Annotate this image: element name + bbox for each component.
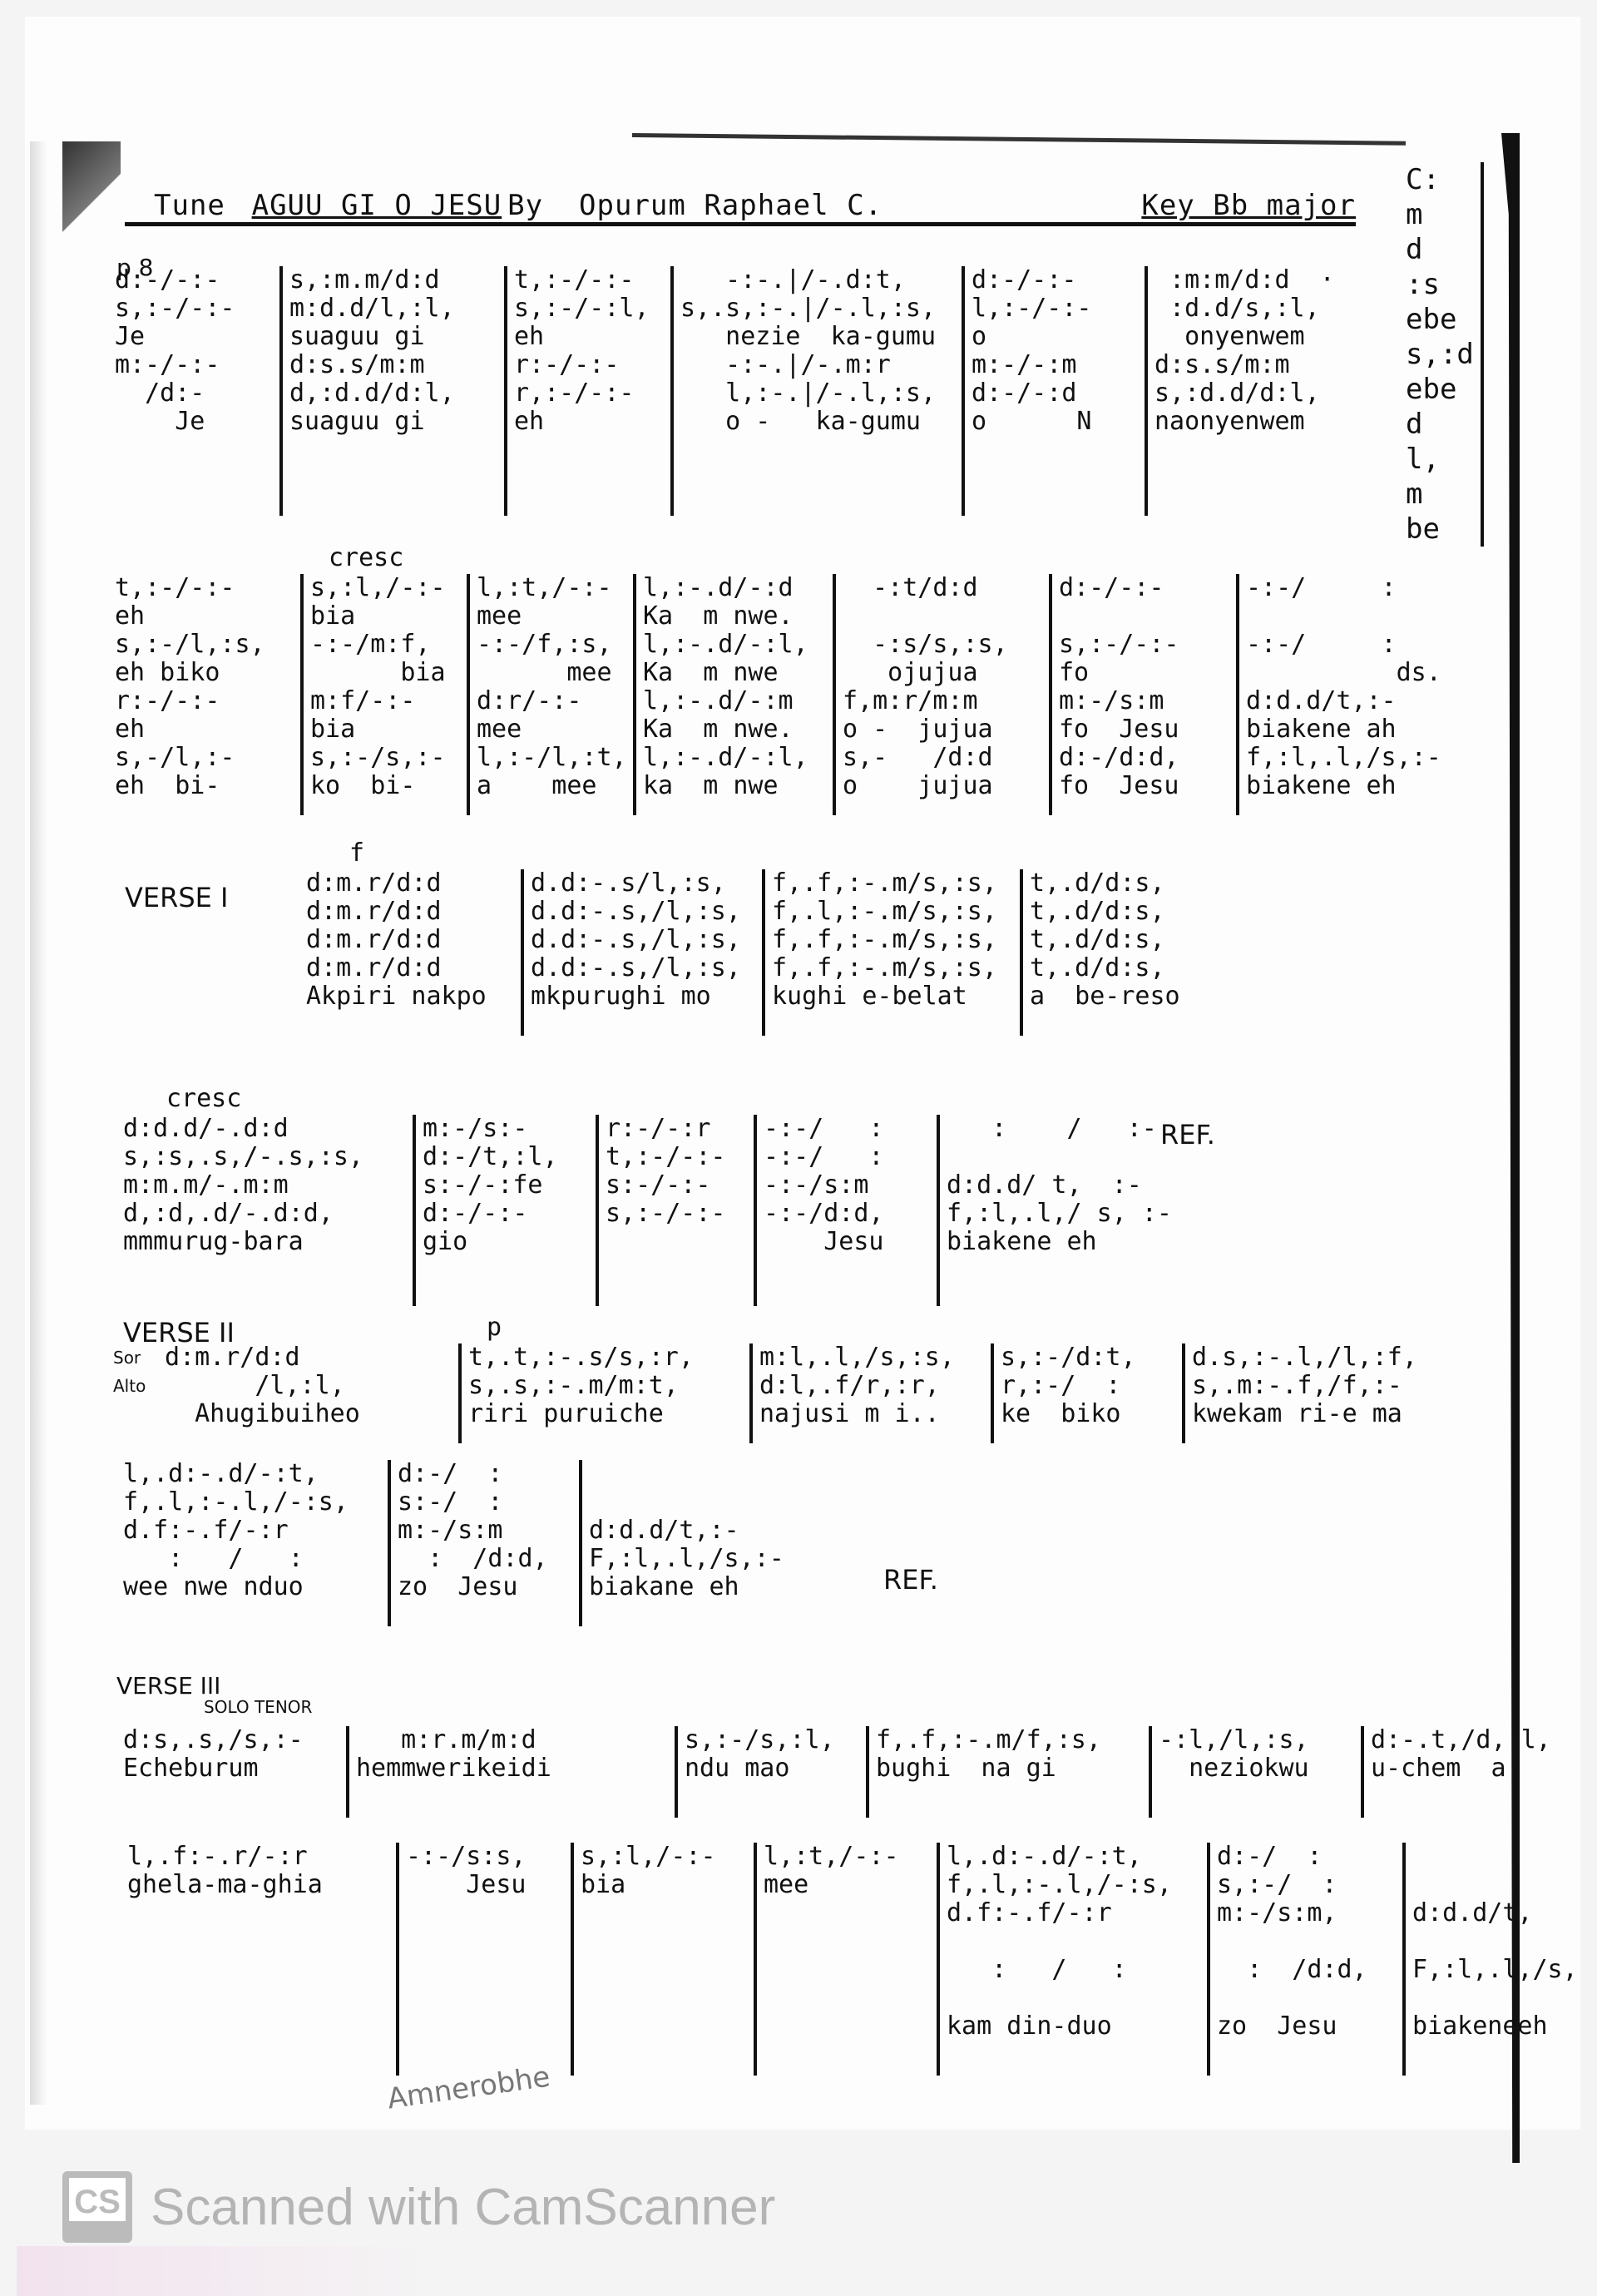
notation-line: l,:-/l,:t, <box>477 744 626 772</box>
notation-line <box>1217 1984 1396 2012</box>
notation-line: Ka m nwe. <box>643 602 826 631</box>
measure-cell: :m:m/d:d · :d.d/s,:l, onyenwemd:s.s/m:ms… <box>1145 266 1419 516</box>
notation-line: d:r/-:- <box>477 687 626 715</box>
notation-line: s:-/-:fe <box>423 1171 589 1200</box>
notation-line: : /d:d, <box>1217 1956 1396 1984</box>
notation-line: Jesu <box>764 1228 930 1256</box>
notation-line <box>1059 602 1229 631</box>
notation-line: d:s.s/m:m <box>1154 351 1412 379</box>
notation-line: -:-/f,:s, <box>477 631 626 659</box>
notation-line: f,.l,:-.m/s,:s, <box>772 898 1013 926</box>
notation-line: : /d:d, <box>398 1545 572 1573</box>
notation-line: -:-/ : <box>764 1115 930 1143</box>
measure-cell: l,:t,/-:-mee <box>754 1843 937 2076</box>
notation-line: d:d.d/t,:- <box>1246 687 1454 715</box>
notation-line: Ka m nwe. <box>643 715 826 744</box>
notation-line: d:-/-:d <box>972 379 1138 408</box>
system-verse-2: d:m.r/d:d /l,:l, Ahugibuiheopt,.t,:-.s/s… <box>116 1343 1473 1443</box>
notation-line: l,:-/-:- <box>972 294 1138 323</box>
notation-line <box>1412 1871 1597 1899</box>
notation-line <box>947 1927 1200 1956</box>
notation-line: d:m.r/d:d <box>306 954 514 982</box>
notation-line <box>947 1143 1171 1171</box>
notation-line: l,.d:-.d/-:t, <box>123 1460 381 1488</box>
notation-line: d:d.d/t,:- <box>589 1517 789 1545</box>
notation-line: -:-/ : <box>1246 631 1454 659</box>
notation-line: t,.d/d:s, <box>1030 898 1229 926</box>
notation-line: Echeburum <box>123 1754 339 1783</box>
notation-line <box>1246 602 1454 631</box>
measure-cell: -:-.|/-.d:t,s,.s,:-.|/-.l,:s, nezie ka-g… <box>670 266 962 516</box>
notation-line: wee nwe nduo <box>123 1573 381 1601</box>
notation-line: d:-.t,/d,:l, <box>1371 1726 1554 1754</box>
measure-cell: l,.f:-.r/-:rghela-ma-ghia <box>121 1843 396 2076</box>
notation-line: o - ka-gumu <box>680 408 955 436</box>
notation-line: /l,:l, <box>165 1372 452 1400</box>
notation-line: najusi m i.. <box>759 1400 984 1428</box>
notation-line: d:-/d:d, <box>1059 744 1229 772</box>
notation-line: F,:l,.l,/s, <box>1412 1956 1597 1984</box>
notation-line: r,:-/ : <box>1001 1372 1175 1400</box>
notation-line: s,:m.m/d:d <box>289 266 497 294</box>
notation-line: t,.t,:-.s/s,:r, <box>468 1343 743 1372</box>
measure-cell: d:-/-:-l,:-/-:-om:-/-:md:-/-:do N <box>962 266 1145 516</box>
notation-line: l,:-.d/-:l, <box>643 744 826 772</box>
system-verse-3-end: l,.f:-.r/-:rghela-ma-ghia-:-/s:s, Jesus,… <box>121 1843 1597 2076</box>
notation-line: o N <box>972 408 1138 436</box>
measure-cell: d.s,:-.l,/l,:f,s,.m:-.f,/f,:-kwekam ri-e… <box>1182 1343 1473 1443</box>
notation-line: d:-/t,:l, <box>423 1143 589 1171</box>
notation-line: m:d.d/l,:l, <box>289 294 497 323</box>
notation-line: d.d:-.s,/l,:s, <box>531 898 755 926</box>
notation-line: fo Jesu <box>1059 772 1229 800</box>
notation-line: o jujua <box>843 772 1042 800</box>
notation-line: d:d.d/ t, :- <box>947 1171 1171 1200</box>
voice-labels: SorAlto <box>113 1343 146 1400</box>
notation-line: biakene eh <box>1246 772 1454 800</box>
notation-line: f,:l,.l,/ s, :- <box>947 1200 1171 1228</box>
notation-line: l,:t,/-:- <box>477 574 626 602</box>
refrain-marker-1: REF. <box>1160 1119 1215 1150</box>
notation-line: eh biko <box>115 659 294 687</box>
system-verse-1: d:m.r/d:dd:m.r/d:dd:m.r/d:dd:m.r/d:dAkpi… <box>299 869 1236 1036</box>
measure-cell: d:d.d/-.d:ds,:s,.s,/-.s,:s,m:m.m/-.m:md,… <box>116 1115 413 1306</box>
notation-line: f,m:r/m:m <box>843 687 1042 715</box>
notation-line: t,.d/d:s, <box>1030 869 1229 898</box>
measure-cell: d:-.t,/d,:l,u-chem a <box>1361 1726 1560 1818</box>
notation-line: bia <box>581 1871 747 1899</box>
system-verse-3: d:s,.s,/s,:-Echeburum m:r.m/m:dhemmwerik… <box>116 1726 1560 1818</box>
measure-cell: f,.f,:-.m/s,:s,f,.l,:-.m/s,:s,f,.f,:-.m/… <box>762 869 1020 1036</box>
notation-line: nezie ka-gumu <box>680 323 955 351</box>
notation-line: s,:l,/-:- <box>581 1843 747 1871</box>
notation-line: -:l,/l,:s, <box>1159 1726 1354 1754</box>
measure-cell: d:-/ :s,:-/ :m:-/s:m, : /d:d,zo Jesu <box>1207 1843 1402 2076</box>
measure-cell: d:s,.s,/s,:-Echeburum <box>116 1726 346 1818</box>
measure-cell: m:l,.l,/s,:s,d:l,.f/r,:r,najusi m i.. <box>749 1343 991 1443</box>
notation-line: ka m nwe <box>643 772 826 800</box>
notation-line: t,.d/d:s, <box>1030 954 1229 982</box>
notation-line: s,.s,:-.m/m:t, <box>468 1372 743 1400</box>
notation-line: biakeneeh <box>1412 2012 1597 2041</box>
measure-cell: t,:-/-:-ehs,:-/l,:s,eh bikor:-/-:-ehs,-/… <box>108 574 300 815</box>
notation-line: d:-/ : <box>1217 1843 1396 1871</box>
notation-line: d.f:-.f/-:r <box>123 1517 381 1545</box>
notation-line: d:m.r/d:d <box>306 926 514 954</box>
notation-line: d:d.d/-.d:d <box>123 1115 406 1143</box>
measure-cell: t,:-/-:-s,:-/-:l,ehr:-/-:-r,:-/-:-eh <box>504 266 670 516</box>
notation-line: eh <box>115 715 294 744</box>
notation-line: m:-/-:m <box>972 351 1138 379</box>
notation-line: s,:s,.s,/-.s,:s, <box>123 1143 406 1171</box>
scan-corner-shadow <box>62 141 121 233</box>
notation-line: l,.d:-.d/-:t, <box>947 1843 1200 1871</box>
notation-line: s,:-/l,:s, <box>115 631 294 659</box>
notation-line: f,.f,:-.m/s,:s, <box>772 926 1013 954</box>
notation-line: : / : <box>123 1545 381 1573</box>
notation-line: -:-.|/-.d:t, <box>680 266 955 294</box>
notation-line: d:-/ : <box>398 1460 572 1488</box>
notation-line: s,:-/d:t, <box>1001 1343 1175 1372</box>
notation-line <box>947 1984 1200 2012</box>
notation-line: suaguu gi <box>289 408 497 436</box>
notation-line: /d:- <box>115 379 273 408</box>
notation-line: gio <box>423 1228 589 1256</box>
notation-line: a be-reso <box>1030 982 1229 1011</box>
notation-line: Je <box>115 323 273 351</box>
notation-line: o <box>972 323 1138 351</box>
notation-line: d.f:-.f/-:r <box>947 1899 1200 1927</box>
notation-line: bughi na gi <box>876 1754 1142 1783</box>
notation-line: suaguu gi <box>289 323 497 351</box>
notation-line: s,:-/-:- <box>606 1200 747 1228</box>
measure-cell: s,:-/d:t,r,:-/ :ke biko <box>991 1343 1182 1443</box>
notation-line: r:-/-:- <box>115 687 294 715</box>
notation-line: eh <box>514 323 664 351</box>
watermark-text: Scanned with CamScanner <box>151 2178 775 2237</box>
notation-line: r:-/-:- <box>514 351 664 379</box>
notation-line: d:-/-:- <box>1059 574 1229 602</box>
notation-line: f,.l,:-.l,/-:s, <box>123 1488 381 1517</box>
measure-cell: d:-/ :s:-/ :m:-/s:m : /d:d,zo Jesu <box>388 1460 579 1626</box>
measure-cell: d:m.r/d:d /l,:l, Ahugibuiheo <box>116 1343 458 1443</box>
notation-line <box>1217 1927 1396 1956</box>
measure-cell: s,:l,/-:-bia <box>571 1843 754 2076</box>
notation-line: Jesu <box>406 1871 564 1899</box>
notation-line: s,:l,/-:- <box>310 574 460 602</box>
notation-line: -:t/d:d <box>843 574 1042 602</box>
notation-line: s,:-/-:- <box>115 294 273 323</box>
tune-label: Tune <box>154 189 252 222</box>
by-label: By <box>507 189 579 222</box>
notation-line: m:-/-:- <box>115 351 273 379</box>
measure-cell: pt,.t,:-.s/s,:r,s,.s,:-.m/m:t,riri purui… <box>458 1343 749 1443</box>
notation-line: d:-/-:- <box>423 1200 589 1228</box>
measure-cell: s,:m.m/d:dm:d.d/l,:l,suaguu gid:s.s/m:md… <box>279 266 504 516</box>
notation-line: mee <box>764 1871 930 1899</box>
notation-line: l,:-.|/-.l,:s, <box>680 379 955 408</box>
notation-line: m:-/s:m <box>398 1517 572 1545</box>
notation-line: eh <box>514 408 664 436</box>
scan-artifact <box>17 2246 433 2296</box>
notation-line <box>843 602 1042 631</box>
notation-line: m:-/s:- <box>423 1115 589 1143</box>
notation-line: d:m.r/d:d <box>165 1343 452 1372</box>
notation-line: zo Jesu <box>398 1573 572 1601</box>
notation-line: bia <box>310 715 460 744</box>
notation-line: : / : <box>947 1956 1200 1984</box>
notation-line: -:-/d:d, <box>764 1200 930 1228</box>
notation-line: naonyenwem <box>1154 408 1412 436</box>
refrain-marker-2: REF. <box>883 1564 938 1596</box>
notation-line: -:-/ : <box>1246 574 1454 602</box>
notation-line: s,:-/s,:l, <box>685 1726 859 1754</box>
notation-line: biakane eh <box>589 1573 789 1601</box>
notation-line: -:-/m:f, <box>310 631 460 659</box>
notation-line: s,:-/-:- <box>1059 631 1229 659</box>
measure-cell: l,.d:-.d/-:t,f,.l,:-.l,/-:s,d.f:-.f/-:r … <box>116 1460 388 1626</box>
notation-line: d:s,.s,/s,:- <box>123 1726 339 1754</box>
notation-line: l,.f:-.r/-:r <box>127 1843 389 1871</box>
notation-line: bia <box>310 602 460 631</box>
dynamic-marking: cresc <box>166 1085 241 1113</box>
measure-cell: crescs,:l,/-:-bia-:-/m:f, biam:f/-:-bias… <box>300 574 467 815</box>
notation-line: d:-/-:- <box>972 266 1138 294</box>
system-chorus-part-1: d:-/-:-s,:-/-:-Jem:-/-:- /d:- Jes,:m.m/d… <box>108 266 1419 516</box>
notation-line: bia <box>310 659 460 687</box>
notation-line: -:-/ : <box>764 1143 930 1171</box>
key-signature: Key Bb major <box>1141 189 1356 222</box>
notation-line: ds. <box>1246 659 1454 687</box>
scan-shadow-left <box>30 141 48 2105</box>
notation-line: Je <box>115 408 273 436</box>
notation-line: s:-/ : <box>398 1488 572 1517</box>
notation-line: : / :- <box>947 1115 1171 1143</box>
chorus-dynamics: p 8 <box>116 254 154 281</box>
notation-line: s,:d.d/d:l, <box>1154 379 1412 408</box>
verse-1-label: VERSE I <box>125 882 228 913</box>
dynamic-marking: f <box>349 839 364 868</box>
notation-line: fo Jesu <box>1059 715 1229 744</box>
notation-line: u-chem a <box>1371 1754 1554 1783</box>
measure-cell: l,:-.d/-:dKa m nwe.l,:-.d/-:l,Ka m nwel,… <box>633 574 833 815</box>
verse-3-sublabel: SOLO TENOR <box>204 1697 312 1717</box>
notation-line: f,.f,:-.m/f,:s, <box>876 1726 1142 1754</box>
measure-cell: d:d.d/t,F,:l,.l,/s,biakeneeh <box>1402 1843 1597 2076</box>
notation-line: kwekam ri-e ma <box>1192 1400 1466 1428</box>
notation-line: o - jujua <box>843 715 1042 744</box>
notation-line: f,.l,:-.l,/-:s, <box>947 1871 1200 1899</box>
notation-line: neziokwu <box>1159 1754 1354 1783</box>
measure-cell: d:d.d/t,:-F,:l,.l,/s,:-biakane eh <box>579 1460 795 1626</box>
notation-line: fo <box>1059 659 1229 687</box>
notation-line: mee <box>477 659 626 687</box>
measure-cell: r:-/-:rt,:-/-:-s:-/-:-s,:-/-:- <box>596 1115 754 1306</box>
notation-line: r,:-/-:- <box>514 379 664 408</box>
camscanner-logo-icon: CS <box>62 2171 132 2243</box>
notation-line: riri puruiche <box>468 1400 743 1428</box>
notation-line: t,.d/d:s, <box>1030 926 1229 954</box>
notation-line: s,.m:-.f,/f,:- <box>1192 1372 1466 1400</box>
notation-line: f,.f,:-.m/s,:s, <box>772 869 1013 898</box>
measure-cell: t,.d/d:s,t,.d/d:s,t,.d/d:s,t,.d/d:s,a be… <box>1020 869 1236 1036</box>
notation-line <box>589 1488 789 1517</box>
measure-cell: f,.f,:-.m/f,:s,bughi na gi <box>866 1726 1149 1818</box>
notation-line: zo Jesu <box>1217 2012 1396 2041</box>
notation-line <box>1412 1843 1597 1871</box>
notation-line: s,:-/s,:- <box>310 744 460 772</box>
notation-line: mee <box>477 602 626 631</box>
notation-line: t,:-/-:- <box>514 266 664 294</box>
notation-line: d.d:-.s,/l,:s, <box>531 926 755 954</box>
notation-line: d:d.d/t, <box>1412 1899 1597 1927</box>
notation-line: mmmurug-bara <box>123 1228 406 1256</box>
notation-line <box>1412 1984 1597 2012</box>
dynamic-marking: cresc <box>329 544 403 572</box>
notation-line: Ka m nwe <box>643 659 826 687</box>
measure-cell: d:-/-:-s,:-/-:-Jem:-/-:- /d:- Je <box>108 266 279 516</box>
notation-line: onyenwem <box>1154 323 1412 351</box>
notation-line: hemmwerikeidi <box>356 1754 668 1783</box>
notation-line: d.d:-.s/l,:s, <box>531 869 755 898</box>
notation-line: ndu mao <box>685 1754 859 1783</box>
notation-line: t,:-/-:- <box>115 574 294 602</box>
notation-line: -:-/s:m <box>764 1171 930 1200</box>
notation-line: -:-.|/-.m:r <box>680 351 955 379</box>
measure-cell: -:l,/l,:s, neziokwu <box>1149 1726 1361 1818</box>
camscanner-watermark: CS Scanned with CamScanner <box>62 2171 775 2243</box>
notation-line: ko bi- <box>310 772 460 800</box>
measure-cell: -:-/ :-:-/ :-:-/s:m-:-/d:d, Jesu <box>754 1115 937 1306</box>
system-verse-1-end: d:d.d/-.d:ds,:s,.s,/-.s,:s,m:m.m/-.m:md,… <box>116 1115 1178 1306</box>
notation-line: mkpurughi mo <box>531 982 755 1011</box>
notation-line: d,:d.d/d:l, <box>289 379 497 408</box>
notation-line: s,:-/ : <box>1217 1871 1396 1899</box>
notation-line: d.s,:-.l,/l,:f, <box>1192 1343 1466 1372</box>
notation-line: l,:-.d/-:m <box>643 687 826 715</box>
notation-line: biakene eh <box>947 1228 1171 1256</box>
notation-line: s,:-/-:l, <box>514 294 664 323</box>
notation-line: ke biko <box>1001 1400 1175 1428</box>
notation-line: kughi e-belat <box>772 982 1013 1011</box>
song-title: AGUU GI O JESU <box>252 189 508 222</box>
notation-line: d.d:-.s,/l,:s, <box>531 954 755 982</box>
notation-line: m:l,.l,/s,:s, <box>759 1343 984 1372</box>
notation-line: d,:d,.d/-.d:d, <box>123 1200 406 1228</box>
notation-line: l,:t,/-:- <box>764 1843 930 1871</box>
notation-line: eh <box>115 602 294 631</box>
notation-line: Ahugibuiheo <box>165 1400 452 1428</box>
measure-cell: d:m.r/d:dd:m.r/d:dd:m.r/d:dd:m.r/d:dAkpi… <box>299 869 521 1036</box>
system-verse-2-end: l,.d:-.d/-:t,f,.l,:-.l,/-:s,d.f:-.f/-:r … <box>116 1460 795 1626</box>
notation-line: ghela-ma-ghia <box>127 1871 389 1899</box>
notation-line: f,:l,.l,/s,:- <box>1246 744 1454 772</box>
notation-line: Akpiri nakpo <box>306 982 514 1011</box>
composer-name: Opurum Raphael C. <box>579 189 962 222</box>
notation-line: -:-/s:s, <box>406 1843 564 1871</box>
notation-line: :m:m/d:d · <box>1154 266 1412 294</box>
dynamic-marking: p <box>487 1314 502 1342</box>
notation-line: s,-/l,:- <box>115 744 294 772</box>
notation-line: -:s/s,:s, <box>843 631 1042 659</box>
notation-line: :d.d/s,:l, <box>1154 294 1412 323</box>
measure-cell: -:-/s:s, Jesu <box>396 1843 571 2076</box>
notation-line: t,:-/-:- <box>606 1143 747 1171</box>
notation-line: m:f/-:- <box>310 687 460 715</box>
notation-line: m:r.m/m:d <box>356 1726 668 1754</box>
notation-line: l,:-.d/-:d <box>643 574 826 602</box>
notation-line: m:-/s:m, <box>1217 1899 1396 1927</box>
measure-cell: fd.d:-.s/l,:s,d.d:-.s,/l,:s,d.d:-.s,/l,:… <box>521 869 762 1036</box>
system-chorus-part-2: t,:-/-:-ehs,:-/l,:s,eh bikor:-/-:-ehs,-/… <box>108 574 1461 815</box>
measure-cell: l,.d:-.d/-:t,f,.l,:-.l,/-:s,d.f:-.f/-:r … <box>937 1843 1207 2076</box>
notation-line <box>606 1228 747 1256</box>
notation-line: l,:-.d/-:l, <box>643 631 826 659</box>
measure-cell: -:t/d:d -:s/s,:s, ojujuaf,m:r/m:mo - juj… <box>833 574 1049 815</box>
notation-line: d:m.r/d:d <box>306 869 514 898</box>
notation-line: d:m.r/d:d <box>306 898 514 926</box>
notation-line: m:-/s:m <box>1059 687 1229 715</box>
notation-line: a mee <box>477 772 626 800</box>
notation-line: ojujua <box>843 659 1042 687</box>
notation-line: s,.s,:-.|/-.l,:s, <box>680 294 955 323</box>
measure-cell: m:r.m/m:dhemmwerikeidi <box>346 1726 675 1818</box>
notation-line <box>589 1460 789 1488</box>
notation-line: m:m.m/-.m:m <box>123 1171 406 1200</box>
notation-line: F,:l,.l,/s,:- <box>589 1545 789 1573</box>
measure-cell: d:-/-:-s,:-/-:-fom:-/s:mfo Jesud:-/d:d,f… <box>1049 574 1236 815</box>
notation-line: biakene ah <box>1246 715 1454 744</box>
notation-line: d:l,.f/r,:r, <box>759 1372 984 1400</box>
notation-line: kam din-duo <box>947 2012 1200 2041</box>
notation-line: s:-/-:- <box>606 1171 747 1200</box>
measure-cell: : / :-d:d.d/ t, :-f,:l,.l,/ s, :-biakene… <box>937 1115 1178 1306</box>
verse-3-label: VERSE III <box>116 1672 220 1700</box>
notation-line: mee <box>477 715 626 744</box>
measure-cell: s,:-/s,:l,ndu mao <box>675 1726 866 1818</box>
notation-line: r:-/-:r <box>606 1115 747 1143</box>
song-header: Tune AGUU GI O JESU By Opurum Raphael C.… <box>125 179 1356 226</box>
notation-line <box>1412 1927 1597 1956</box>
measure-cell: -:-/ :-:-/ : ds.d:d.d/t,:-biakene ahf,:l… <box>1236 574 1461 815</box>
measure-cell: l,:t,/-:-mee-:-/f,:s, meed:r/-:-meel,:-/… <box>467 574 633 815</box>
notation-line: eh bi- <box>115 772 294 800</box>
notation-line: s,- /d:d <box>843 744 1042 772</box>
notation-line: d:s.s/m:m <box>289 351 497 379</box>
measure-cell: crescm:-/s:-d:-/t,:l,s:-/-:fed:-/-:-gio <box>413 1115 596 1306</box>
notation-line: f,.f,:-.m/s,:s, <box>772 954 1013 982</box>
